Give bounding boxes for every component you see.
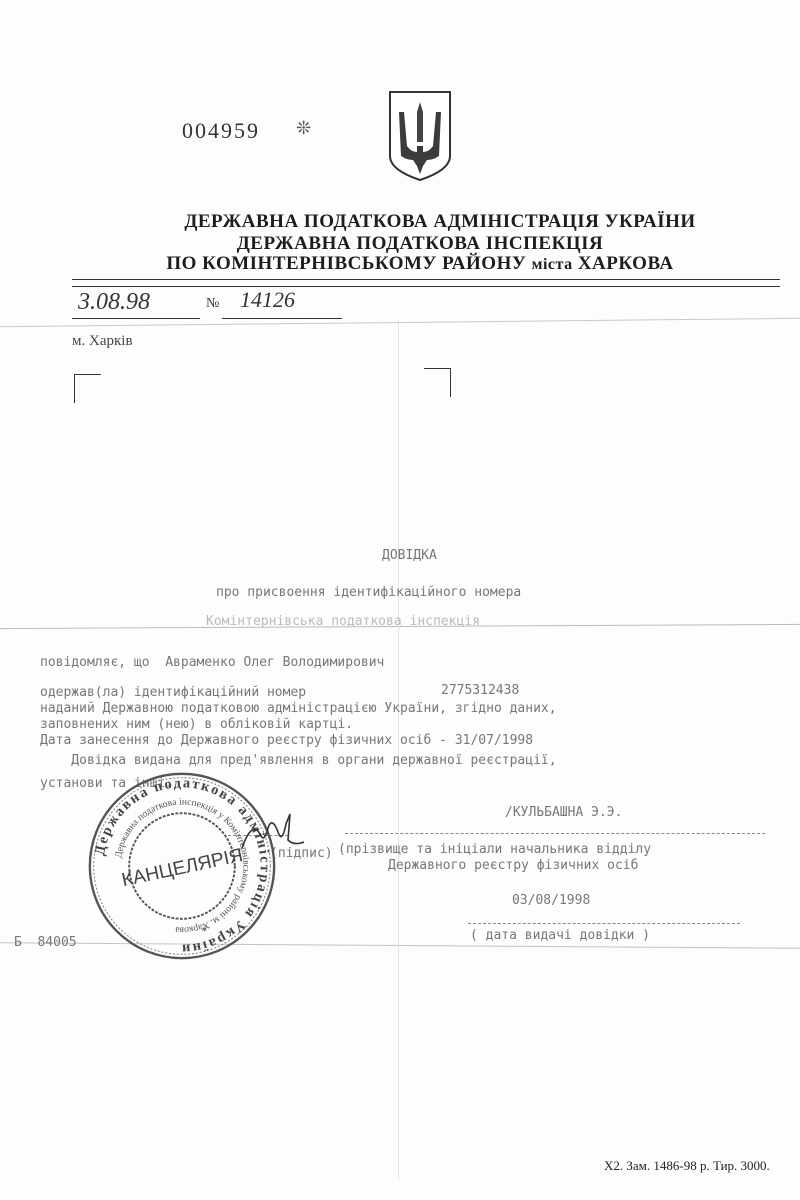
- signatory-caption-1: (прізвище та ініціали начальника відділу: [338, 842, 651, 857]
- issuer-line: Комінтернівська податкова інспекція: [206, 614, 480, 629]
- print-info: Х2. Зам. 1486-98 р. Тир. 3000.: [604, 1158, 770, 1174]
- body-line-2: одержав(ла) ідентифікаційний номер: [40, 685, 306, 700]
- header-district: ПО КОМІНТЕРНІВСЬКОМУ РАЙОНУ міста ХАРКОВ…: [20, 253, 800, 275]
- issue-date: 03/08/1998: [512, 893, 590, 908]
- header-district-city: ХАРКОВА: [578, 253, 674, 274]
- fold-line: [398, 320, 399, 1180]
- address-corner: [424, 368, 451, 397]
- document-title: ДОВІДКА: [382, 548, 437, 563]
- svg-text:КАНЦЕЛЯРІЯ: КАНЦЕЛЯРІЯ: [120, 845, 245, 891]
- fold-line: [0, 318, 800, 327]
- document-subtitle: про присвоення ідентифікаційного номера: [216, 585, 521, 600]
- body-line-4: заповнених ним (нею) в обліковій картці.: [40, 717, 353, 732]
- issue-date-caption: ( дата видачі довідки ): [470, 928, 650, 943]
- header-rule: [72, 279, 780, 280]
- signatory-caption-2: Державного реєстру фізичних осіб: [388, 858, 638, 873]
- id-number: 2775312438: [441, 683, 519, 698]
- outgoing-date: 3.08.98: [78, 289, 150, 316]
- date-underline: [72, 318, 200, 319]
- city-label: м. Харків: [72, 333, 133, 350]
- header-inspection: ДЕРЖАВНА ПОДАТКОВА ІНСПЕКЦІЯ: [20, 233, 800, 255]
- trident-coat-of-arms-icon: [387, 90, 453, 182]
- serial-number: 004959: [182, 118, 260, 144]
- header-district-small: міста: [532, 256, 573, 273]
- body-line-1: повідомляє, що Авраменко Олег Володимиро…: [40, 655, 384, 670]
- outgoing-number: 14126: [240, 287, 295, 313]
- issue-date-line: [468, 923, 740, 924]
- header-district-main: ПО КОМІНТЕРНІВСЬКОМУ РАЙОНУ: [166, 253, 526, 274]
- document-page: 004959 ❊ ДЕРЖАВНА ПОДАТКОВА АДМІНІСТРАЦІ…: [0, 0, 800, 1200]
- number-label: №: [206, 296, 219, 312]
- body-line-6: Довідка видана для пред'явлення в органи…: [40, 753, 557, 768]
- office-stamp-icon: Державна податкова адміністрація України…: [86, 770, 278, 962]
- svg-text:*: *: [201, 924, 207, 938]
- signatory-name: /КУЛЬБАШНА Э.Э.: [505, 805, 622, 820]
- number-underline: [222, 318, 342, 319]
- serial-mark-icon: ❊: [296, 118, 311, 139]
- body-line-3: наданий Державною податковою адміністрац…: [40, 701, 557, 716]
- address-corner: [74, 374, 101, 403]
- signature-scribble: [238, 810, 308, 860]
- signatory-line: [345, 833, 765, 834]
- header-administration: ДЕРЖАВНА ПОДАТКОВА АДМІНІСТРАЦІЯ УКРАЇНИ: [40, 211, 800, 233]
- header-rule: [72, 286, 780, 287]
- body-line-5: Дата занесення до Державного реєстру фіз…: [40, 733, 533, 748]
- form-code: Б 84005: [14, 935, 77, 950]
